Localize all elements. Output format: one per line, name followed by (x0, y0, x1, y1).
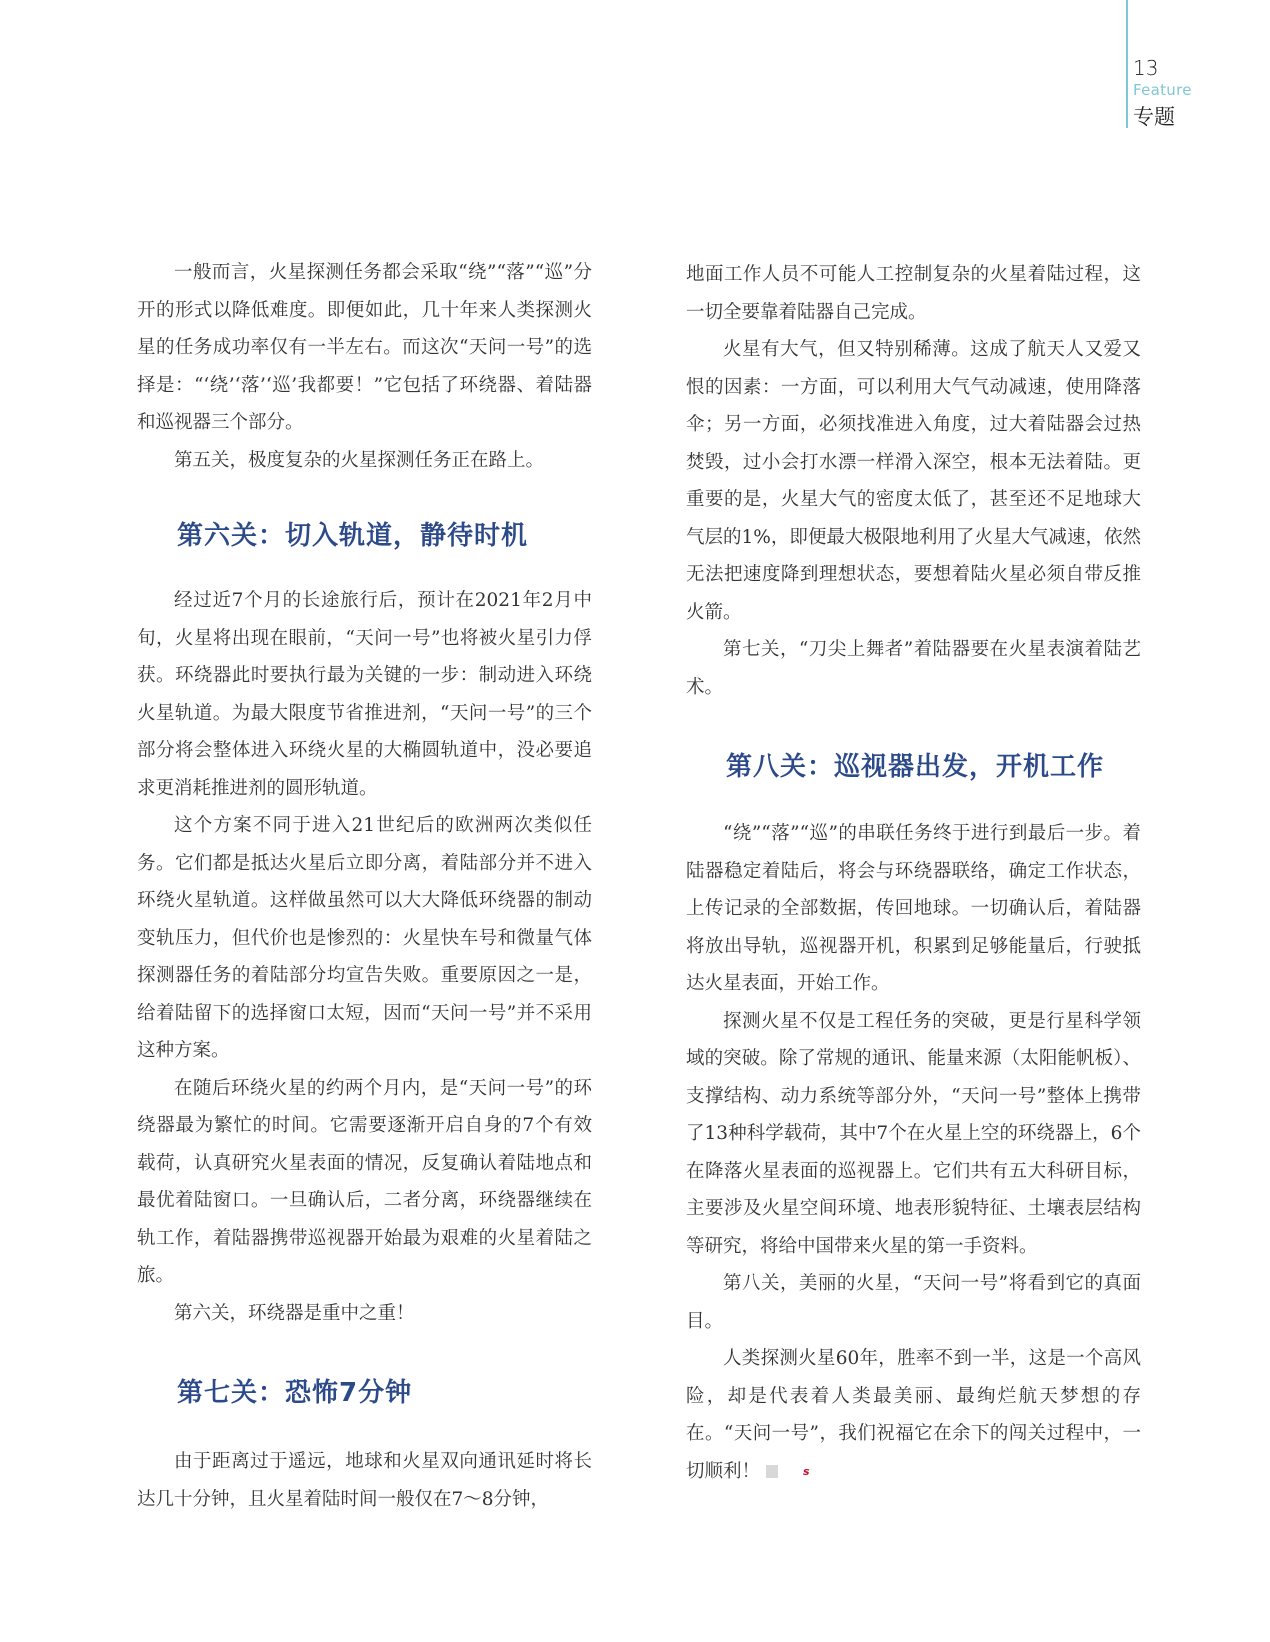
section-heading-7: 第七关：恐怖7分钟 (137, 1372, 592, 1409)
paragraph: 在随后环绕火星的约两个月内，是“天问一号”的环绕器最为繁忙的时间。它需要逐渐开启… (137, 1070, 592, 1295)
paragraph: 由于距离过于遥远，地球和火星双向通讯延时将长达几十分钟，且火星着陆时间一般仅在7… (137, 1443, 592, 1518)
paragraph-final: 人类探测火星60年，胜率不到一半，这是一个高风险，却是代表着人类最美丽、最绚烂航… (686, 1340, 1141, 1490)
paragraph: 第八关，美丽的火星，“天问一号”将看到它的真面目。 (686, 1265, 1141, 1340)
header-accent-rule (1126, 0, 1128, 128)
paragraph: 火星有大气，但又特别稀薄。这成了航天人又爱又恨的因素：一方面，可以利用大气气动减… (686, 331, 1141, 631)
paragraph: 探测火星不仅是工程任务的突破，更是行星科学领域的突破。除了常规的通讯、能量来源（… (686, 1003, 1141, 1266)
paragraph: “绕”“落”“巡”的串联任务终于进行到最后一步。着陆器稳定着陆后，将会与环绕器联… (686, 815, 1141, 1003)
page-number: 13 (1133, 56, 1158, 80)
section-heading-6: 第六关：切入轨道，静待时机 (137, 515, 592, 552)
right-column: 地面工作人员不可能人工控制复杂的火星着陆过程，这一切全要靠着陆器自己完成。 火星… (686, 256, 1141, 1490)
left-column: 一般而言，火星探测任务都会采取“绕”“落”“巡”分开的形式以降低难度。即便如此，… (137, 254, 592, 1518)
paragraph: 一般而言，火星探测任务都会采取“绕”“落”“巡”分开的形式以降低难度。即便如此，… (137, 254, 592, 442)
paragraph: 地面工作人员不可能人工控制复杂的火星着陆过程，这一切全要靠着陆器自己完成。 (686, 256, 1141, 331)
paragraph-final-text: 人类探测火星60年，胜率不到一半，这是一个高风险，却是代表着人类最美丽、最绚烂航… (686, 1348, 1141, 1482)
paragraph: 经过近7个月的长途旅行后，预计在2021年2月中旬，火星将出现在眼前，“天问一号… (137, 582, 592, 807)
section-heading-8: 第八关：巡视器出发，开机工作 (686, 746, 1141, 783)
section-label-zh: 专题 (1133, 101, 1175, 131)
paragraph: 第六关，环绕器是重中之重！ (137, 1295, 592, 1333)
paragraph: 第七关，“刀尖上舞者”着陆器要在火星表演着陆艺术。 (686, 631, 1141, 706)
paragraph: 第五关，极度复杂的火星探测任务正在路上。 (137, 442, 592, 480)
paragraph: 这个方案不同于进入21世纪后的欧洲两次类似任务。它们都是抵达火星后立即分离，着陆… (137, 807, 592, 1070)
section-label-en: Feature (1133, 81, 1192, 99)
end-mark-icon: s (766, 1465, 778, 1478)
